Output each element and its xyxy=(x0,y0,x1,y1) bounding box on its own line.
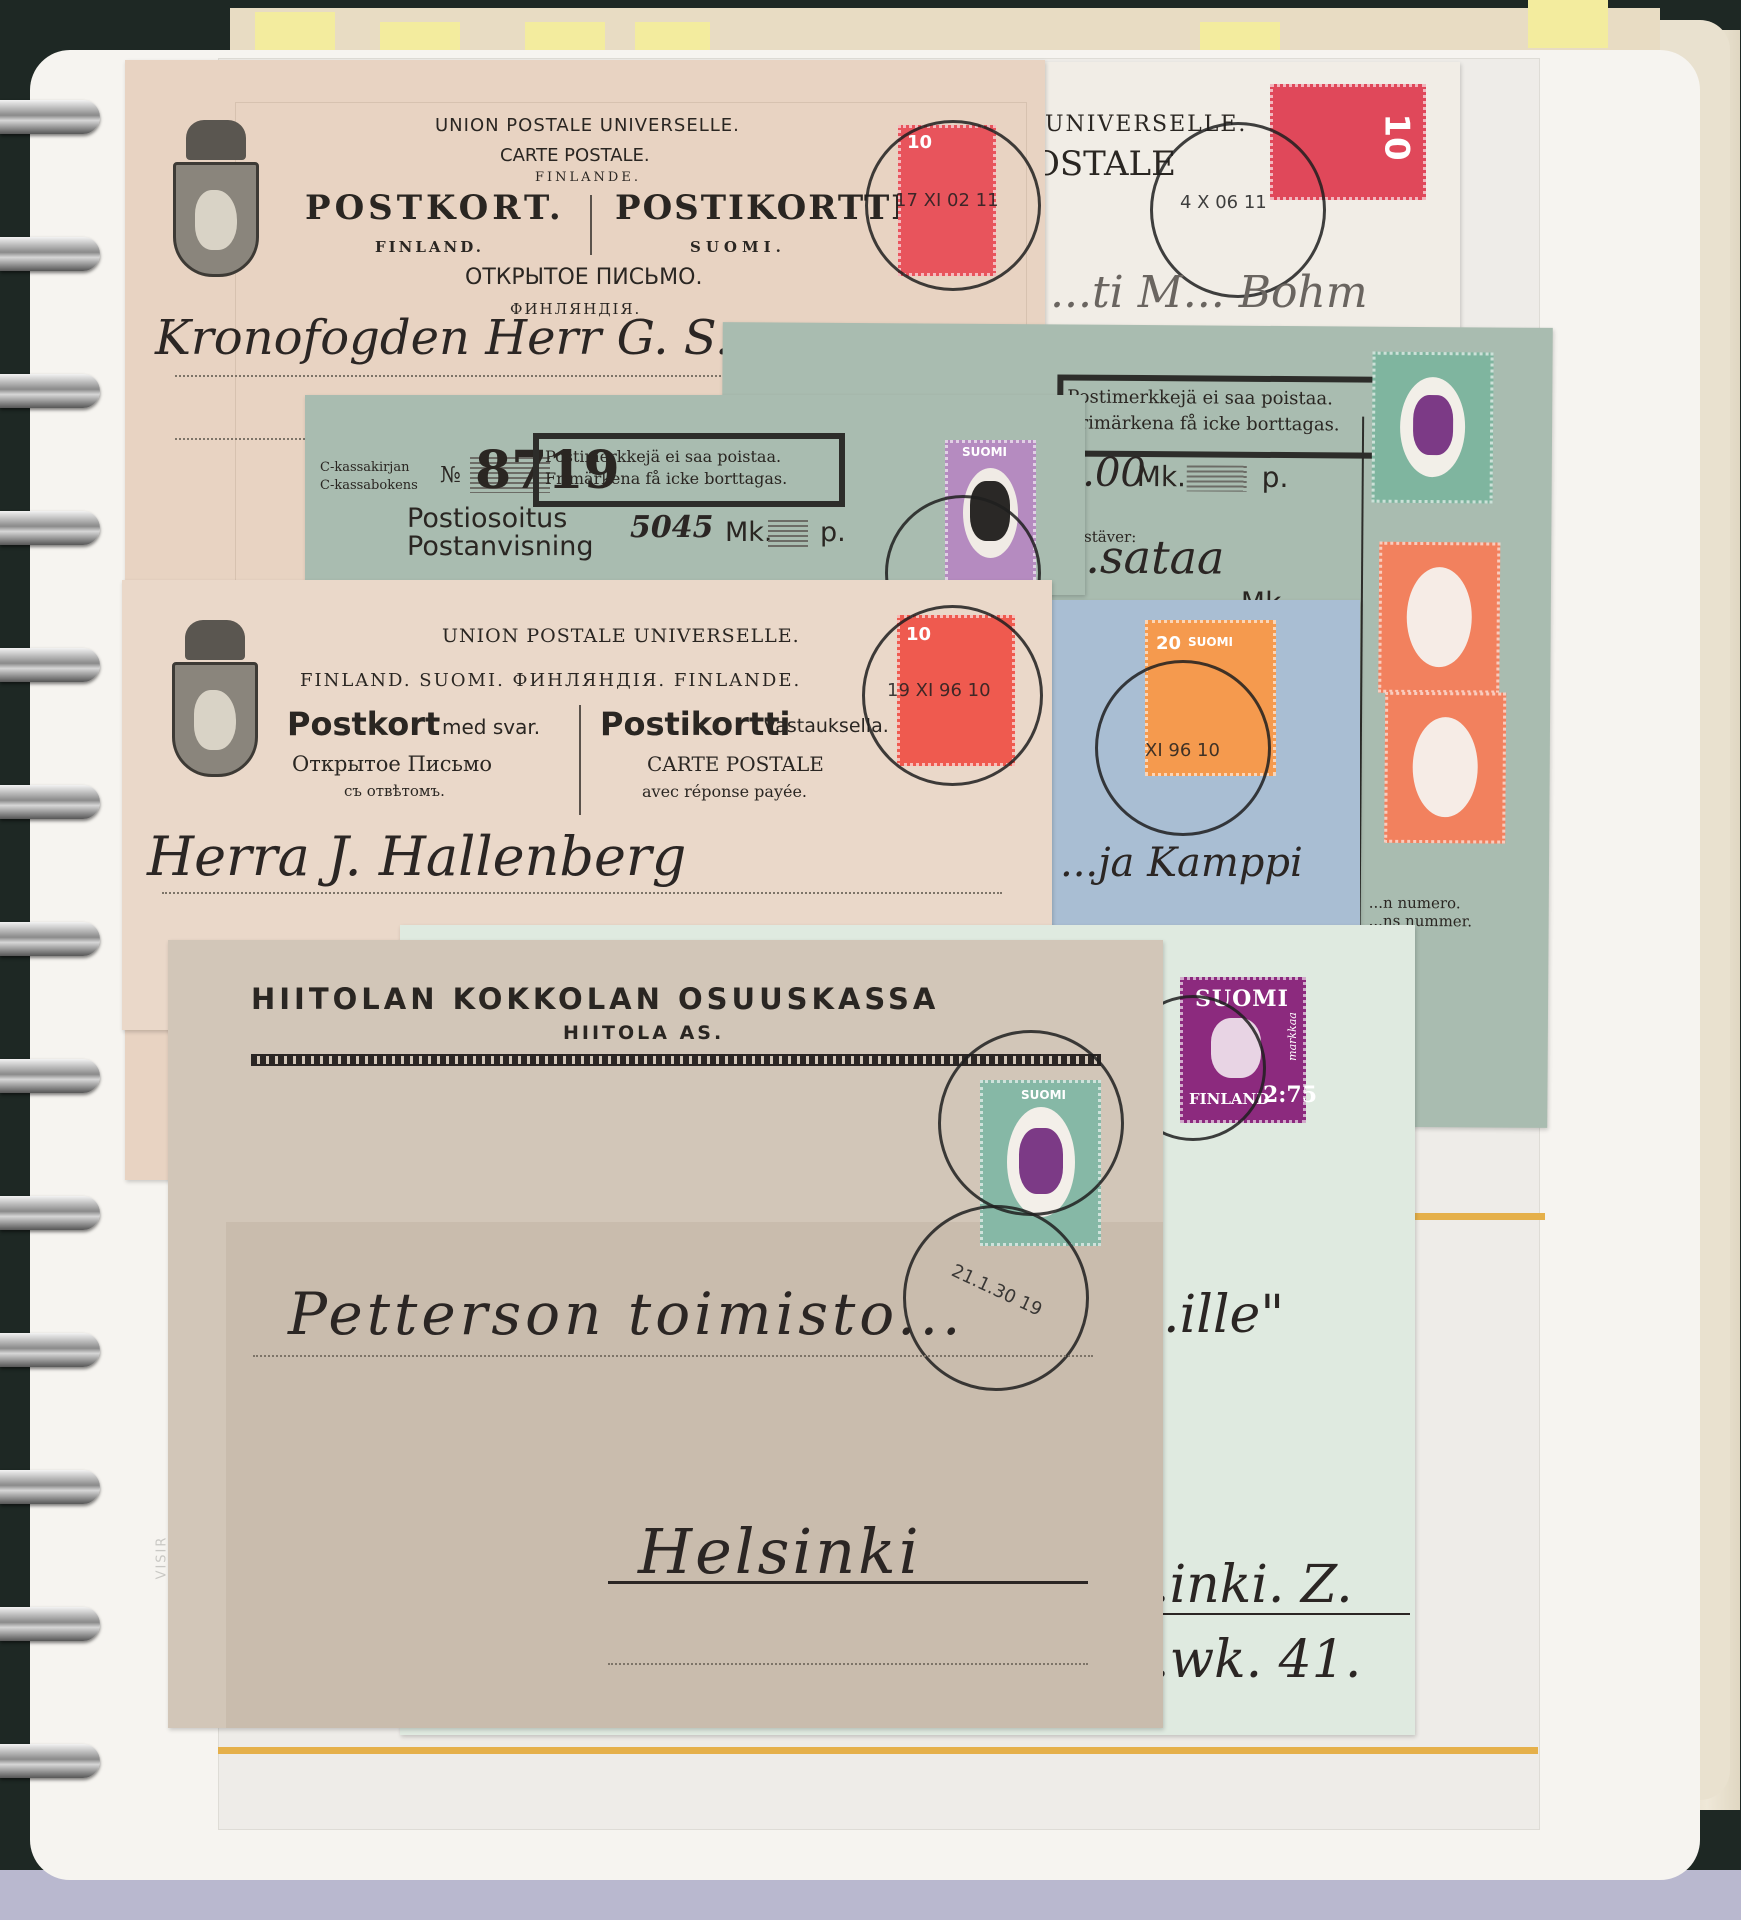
postmark-date: XI 96 10 xyxy=(1145,740,1220,761)
binder-ring xyxy=(0,1196,100,1230)
binder-ring xyxy=(0,237,100,271)
handwriting: Herra J. Hallenberg xyxy=(147,825,686,888)
handwriting: ...ti M... Bohm xyxy=(1050,267,1368,318)
binder-ring xyxy=(0,511,100,545)
blue-cover-1896: 20 SUOMI XI 96 10 ...ja Kamppi xyxy=(1050,600,1360,940)
binder-ring xyxy=(0,785,100,819)
index-tab[interactable] xyxy=(255,12,335,52)
sender-town: HIITOLA AS. xyxy=(563,1022,724,1044)
binder-ring xyxy=(0,922,100,956)
gold-strip xyxy=(218,1747,1538,1754)
binder-ring xyxy=(0,648,100,682)
binder-ring xyxy=(0,1333,100,1367)
stamp-1-5-markka xyxy=(1372,352,1494,504)
coat-of-arms-icon xyxy=(172,620,258,780)
header-text: OSTALE xyxy=(1032,144,1176,184)
binder-ring xyxy=(0,1470,100,1504)
postmark-date: 4 X 06 11 xyxy=(1180,192,1267,213)
stamp-1-markka xyxy=(1378,542,1500,694)
binder-ring xyxy=(0,1059,100,1093)
handwriting: Kronofogden Herr G. S... xyxy=(155,310,761,366)
binder-ring xyxy=(0,374,100,408)
recipient-city: Helsinki xyxy=(638,1515,922,1588)
postcard-1906: UNIVERSELLE. OSTALE 10 4 X 06 11 ...ti M… xyxy=(1040,62,1460,362)
gold-strip xyxy=(1415,1213,1545,1220)
stamp-1-markka xyxy=(1384,692,1506,844)
coat-of-arms-icon xyxy=(173,120,259,280)
sender-name: HIITOLAN KOKKOLAN OSUUSKASSA xyxy=(251,982,939,1016)
postmark xyxy=(938,1030,1124,1216)
binder-ring xyxy=(0,1744,100,1778)
amount-handwritten: 5045 xyxy=(630,510,714,545)
index-tab[interactable] xyxy=(1528,0,1608,48)
binder-ring xyxy=(0,1607,100,1641)
envelope-1930: HIITOLAN KOKKOLAN OSUUSKASSA HIITOLA AS.… xyxy=(168,940,1163,1728)
handwriting: ...ja Kamppi xyxy=(1060,840,1303,886)
recipient-name: Petterson toimisto... xyxy=(288,1280,965,1348)
binder-ring xyxy=(0,100,100,134)
postmark-date: 19 XI 96 10 xyxy=(887,680,991,701)
money-order-1: C-kassakirjan C-kassabokens № 8719 Posti… xyxy=(305,395,1085,595)
postmark-date: 17 XI 02 11 xyxy=(895,190,999,211)
